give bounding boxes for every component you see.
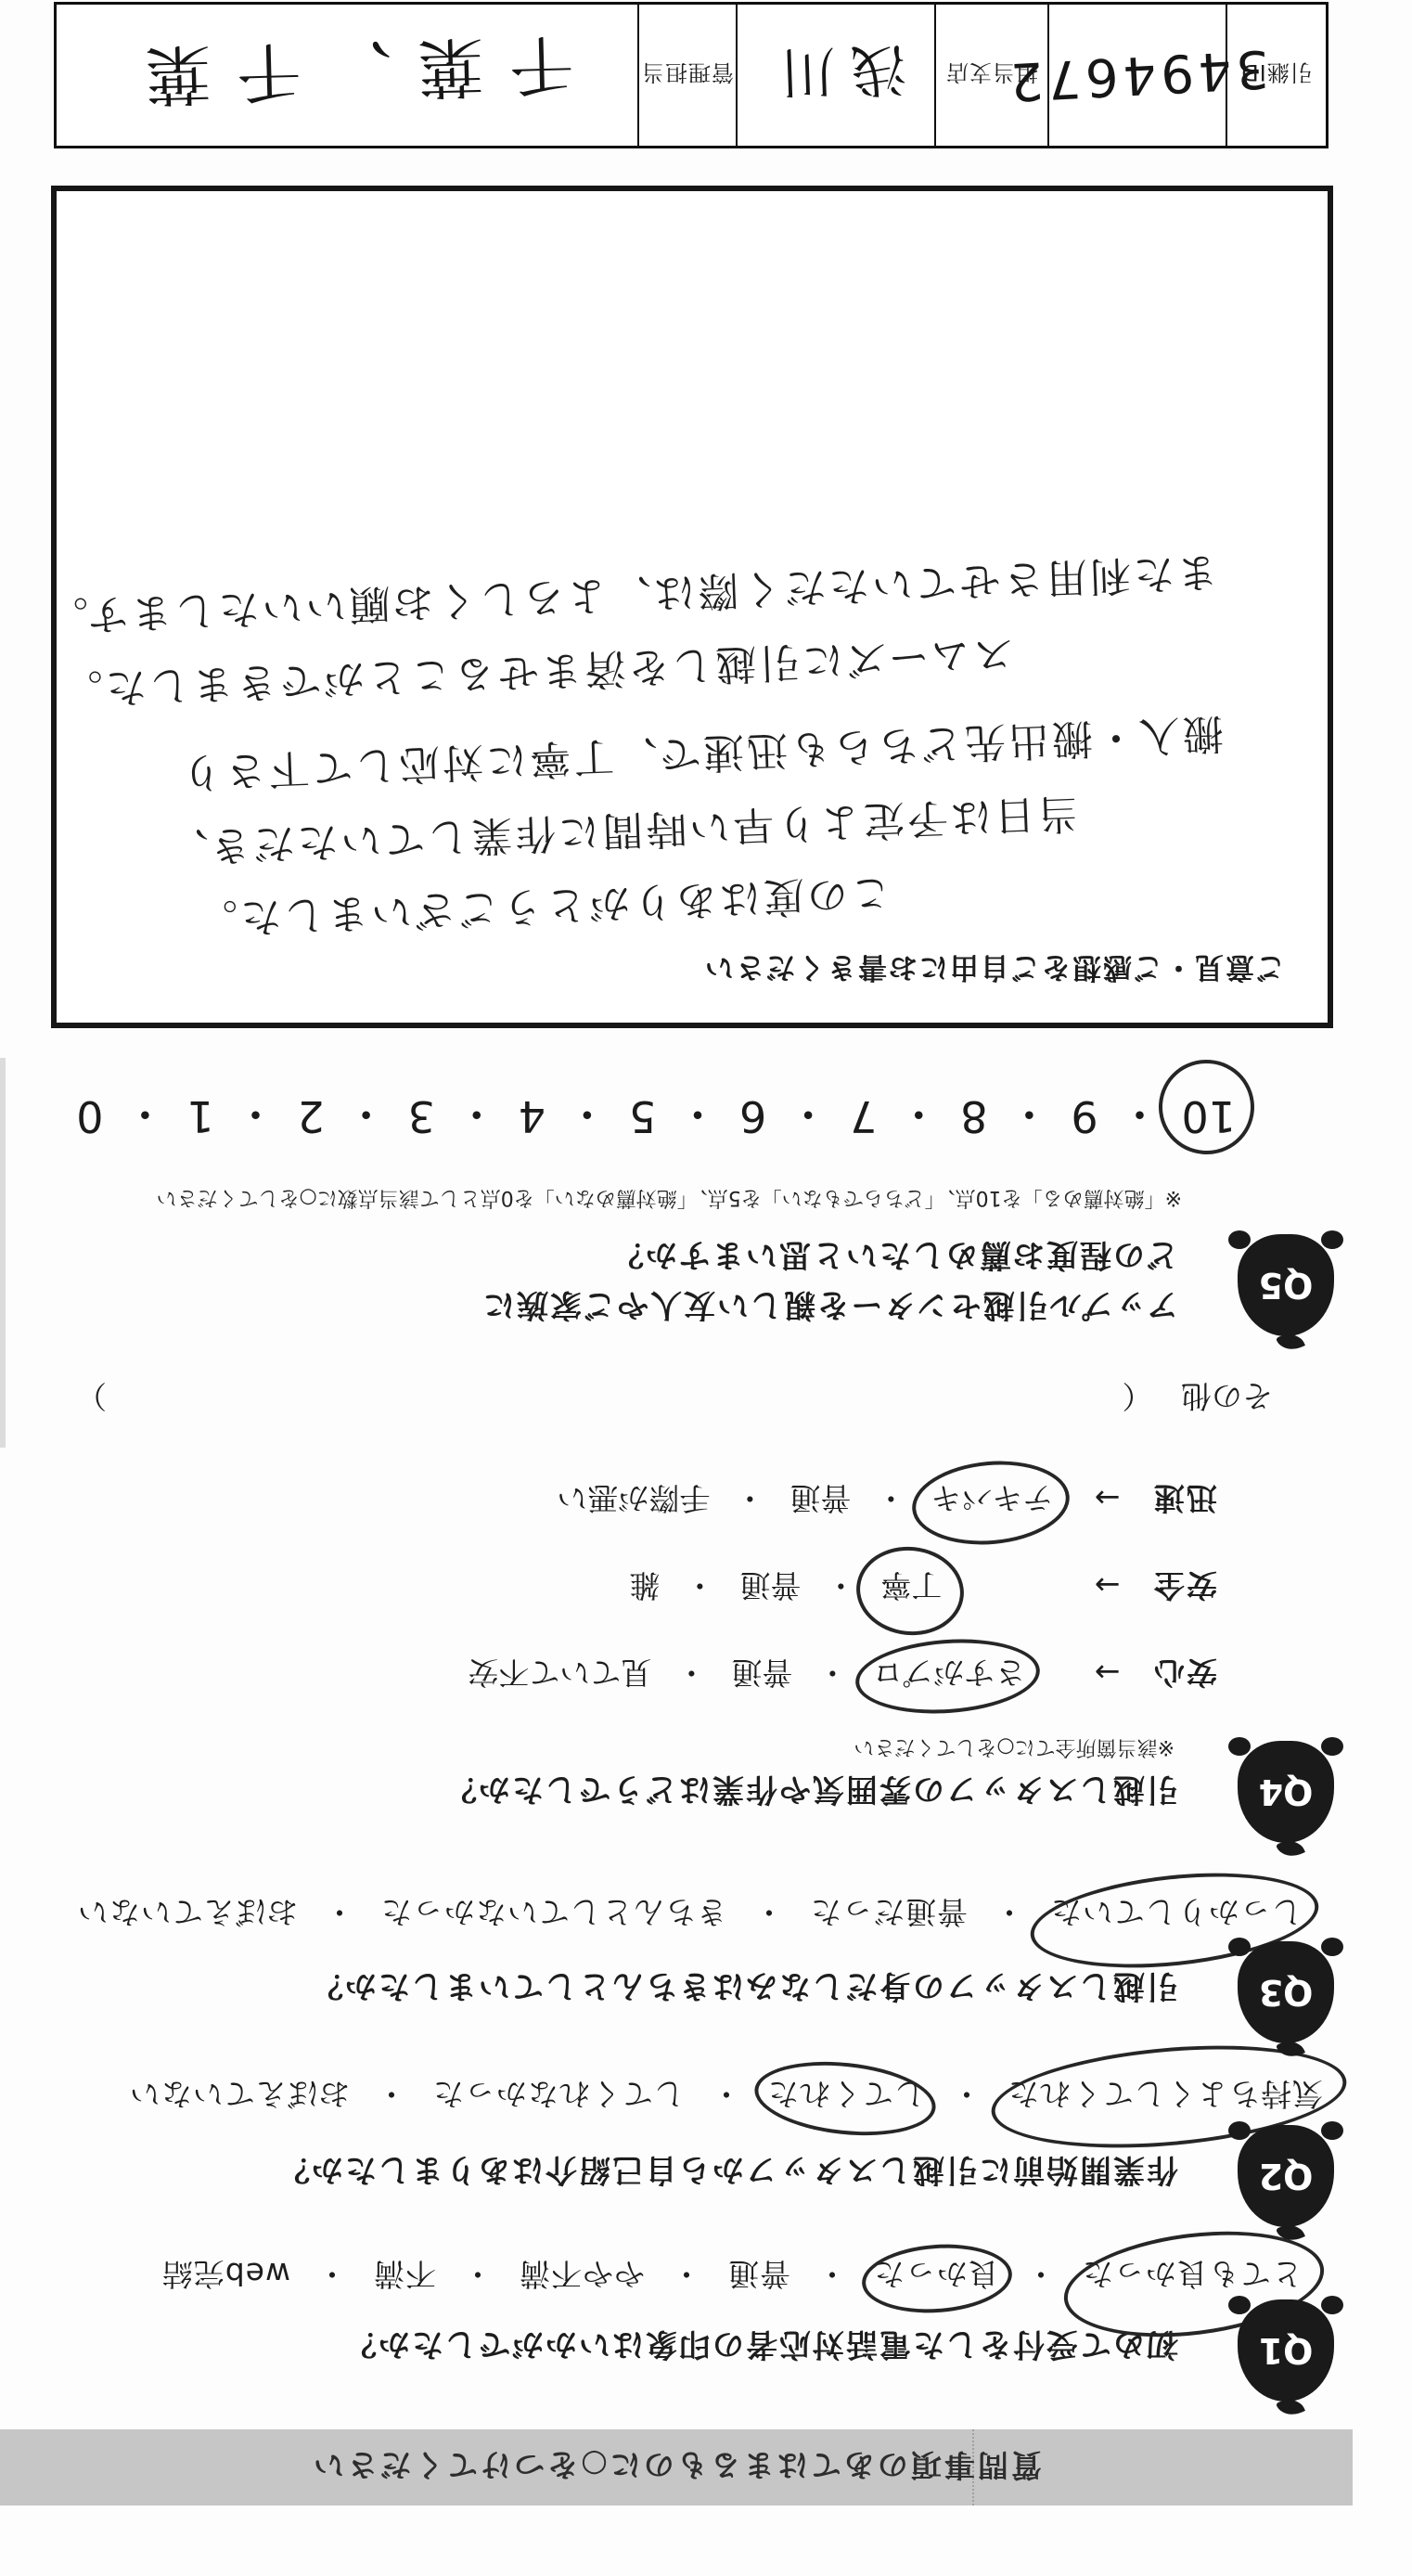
q5-note: ※「絶対薦める」を10点、「どちらでもない」を5点、「絶対薦めない」を0点として…: [157, 1185, 1182, 1214]
q4-other-label: その他: [1181, 1378, 1273, 1414]
q5-score: 9: [1071, 1091, 1098, 1141]
q4-row-option-circled: さすがプロ: [872, 1653, 1025, 1696]
option-separator: ・: [711, 2076, 742, 2112]
option-separator: ・: [753, 1894, 785, 1930]
option-separator: ・: [462, 2256, 494, 2292]
q3-badge-icon: Q3: [1238, 1941, 1334, 2043]
q5-score: 7: [850, 1091, 877, 1141]
option-separator: ・: [816, 2256, 848, 2292]
q4-row-option: 普通: [739, 1567, 801, 1604]
comment-box-title: ご意見・ご感想をご自由にお書きください: [703, 949, 1285, 991]
handwritten-comment-line: この度はありがとうございました。: [193, 867, 892, 953]
instruction-bar: 質問事項のあてはまるものに○をつけてください: [0, 2429, 1353, 2505]
q5-question-line1: アップル引越センターを親しい友人やご家族に: [481, 1285, 1178, 1331]
scan-edge-artifact: [0, 1058, 6, 1448]
q4-row-option: テキパキ: [931, 1480, 1053, 1516]
q4-row-option: 手際が悪い: [557, 1480, 710, 1516]
scanned-questionnaire-page: 質問事項のあてはまるものに○をつけてください Q1 初めて受付をした電話対応者の…: [0, 0, 1412, 2576]
q2-option: してくれなかった: [432, 2076, 685, 2112]
badge-foot-shape: [1321, 1938, 1343, 1956]
q4-row-label: 安全: [1152, 1567, 1217, 1604]
q4-badge-icon: Q4: [1238, 1741, 1334, 1843]
questionnaire-sheet-rotated-180: 質問事項のあてはまるものに○をつけてください Q1 初めて受付をした電話対応者の…: [0, 0, 1412, 2576]
scale-separator: ・: [676, 1086, 719, 1147]
q3-option: 普通だった: [810, 1894, 968, 1930]
q4-other-row: その他 （ ）: [76, 1376, 1273, 1420]
q5-badge-icon: Q5: [1238, 1234, 1334, 1336]
manager-label: 管理担当: [639, 5, 738, 146]
q2-badge-icon: Q2: [1238, 2125, 1334, 2227]
option-separator: ・: [316, 2256, 348, 2292]
scale-separator: ・: [566, 1086, 609, 1147]
badge-foot-shape: [1228, 2121, 1251, 2140]
scan-fold-artifact: [972, 2429, 974, 2505]
q1-question-text: 初めて受付をした電話対応者の印象はいかがでしたか？: [343, 2325, 1178, 2370]
q4-row-jinsoku: 迅速 → テキパキ ・ 普通 ・ 手際が悪い: [557, 1478, 1217, 1522]
q1-option: 良かった: [873, 2256, 999, 2292]
q1-options: とても良かった ・ 良かった ・ 普通 ・ やや不満 ・ 不満 ・ web完結: [161, 2254, 1303, 2298]
q4-row-option-circled: テキパキ: [931, 1478, 1053, 1522]
q5-score: 5: [629, 1091, 656, 1141]
option-separator: ・: [826, 1567, 856, 1604]
scale-separator: ・: [1008, 1086, 1050, 1147]
q4-row-label: 安心: [1152, 1655, 1217, 1691]
scale-separator: ・: [787, 1086, 829, 1147]
branch-value: 浅川: [738, 5, 936, 146]
option-separator: ・: [685, 1567, 715, 1604]
option-separator: ・: [376, 2076, 407, 2112]
comment-box: ご意見・ご感想をご自由にお書きください この度はありがとうございました。 当日は…: [51, 186, 1333, 1028]
q1-option: とても良かった: [1082, 2256, 1303, 2292]
q3-option-circled: しっかりしていた: [1050, 1892, 1303, 1936]
badge-foot-shape: [1228, 1737, 1251, 1756]
q4-row-option: 普通: [731, 1655, 792, 1691]
q5-score: 6: [739, 1091, 766, 1141]
option-separator: ・: [1025, 2256, 1057, 2292]
option-separator: ・: [671, 2256, 702, 2292]
q3-option: しっかりしていた: [1050, 1894, 1303, 1930]
q1-option: やや不満: [519, 2256, 645, 2292]
q2-option-circled: 気持ちよくしてくれた: [1008, 2074, 1323, 2118]
handover-info-table: 引継ID 3494672 担当支店 浅川 管理担当 千葉、千葉: [54, 2, 1329, 148]
scale-separator: ・: [897, 1086, 940, 1147]
q1-badge-icon: Q1: [1238, 2299, 1334, 2402]
badge-foot-shape: [1321, 2121, 1343, 2140]
arrow-glyph: →: [1095, 1655, 1121, 1691]
paren-open: （: [1123, 1378, 1153, 1414]
handwritten-comment-line: また利用させていただく際は、よろしくお願いいたします。: [44, 546, 1219, 650]
q5-badge-label: Q5: [1238, 1234, 1334, 1336]
badge-foot-shape: [1228, 1938, 1251, 1956]
q5-score-scale: 10 ・ 9 ・ 8 ・ 7 ・ 6 ・ 5 ・ 4 ・ 3 ・ 2 ・ 1 ・…: [76, 1086, 1236, 1147]
option-separator: ・: [817, 1655, 848, 1691]
q4-row-anshin: 安心 → さすがプロ ・ 普通 ・ 見ていて不安: [468, 1653, 1217, 1696]
q4-row-option: さすがプロ: [872, 1655, 1025, 1691]
scale-separator: ・: [345, 1086, 388, 1147]
manager-value: 千葉、千葉: [57, 5, 639, 146]
q4-row-option: 雑: [629, 1567, 660, 1604]
q1-option: web完結: [161, 2256, 290, 2292]
option-separator: ・: [951, 2076, 982, 2112]
q5-score: 4: [519, 1091, 546, 1141]
q1-option: 不満: [373, 2256, 436, 2292]
option-separator: ・: [735, 1480, 765, 1516]
arrow-glyph: →: [1095, 1480, 1121, 1516]
scale-separator: ・: [123, 1086, 166, 1147]
q2-option: してくれた: [767, 2076, 925, 2112]
handwritten-manager: 千葉、千葉: [119, 22, 575, 128]
q1-option-circled: 良かった: [873, 2254, 999, 2298]
option-separator: ・: [994, 1894, 1025, 1930]
q3-question-text: 引越しスタッフの身だしなみはきちんとしていましたか？: [310, 1966, 1178, 2012]
q3-option: きちんとしていなかった: [380, 1894, 727, 1930]
paren-close: ）: [76, 1376, 107, 1420]
option-separator: ・: [324, 1894, 355, 1930]
q4-note: ※該当箇所全てに○をしてください: [854, 1734, 1175, 1763]
badge-foot-shape: [1321, 1230, 1343, 1249]
q5-score: 2: [297, 1091, 324, 1141]
badge-foot-shape: [1321, 1737, 1343, 1756]
q3-options: しっかりしていた ・ 普通だった ・ きちんとしていなかった ・ おぼえていない: [77, 1892, 1303, 1936]
q5-score: 1: [186, 1091, 213, 1141]
q5-score-circled: 10: [1181, 1091, 1236, 1141]
q4-row-anzen: 安全 → 丁寧 ・ 普通 ・ 雑: [629, 1565, 1217, 1609]
badge-foot-shape: [1228, 1230, 1251, 1249]
q4-badge-label: Q4: [1238, 1741, 1334, 1843]
q2-question-text: 作業開始前に引越しスタッフから自己紹介はありましたか？: [276, 2150, 1178, 2196]
q2-options: 気持ちよくしてくれた ・ してくれた ・ してくれなかった ・ おぼえていない: [129, 2074, 1323, 2118]
q4-question-text: 引越しスタッフの雰囲気や作業はどうでしたか？: [443, 1770, 1178, 1815]
scale-separator: ・: [235, 1086, 277, 1147]
option-separator: ・: [876, 1480, 906, 1516]
q2-option: 気持ちよくしてくれた: [1008, 2076, 1323, 2112]
q5-score: 8: [960, 1091, 987, 1141]
q2-badge-label: Q2: [1238, 2125, 1334, 2227]
q4-row-option: 普通: [789, 1480, 851, 1516]
instruction-bar-title: 質問事項のあてはまるものに○をつけてください: [311, 2446, 1042, 2490]
scale-separator: ・: [456, 1086, 498, 1147]
badge-foot-shape: [1321, 2296, 1343, 2314]
q5-score: 10: [1181, 1091, 1236, 1141]
badge-foot-shape: [1228, 2296, 1251, 2314]
option-separator: ・: [676, 1655, 707, 1691]
q2-option: おぼえていない: [129, 2076, 350, 2112]
arrow-glyph: →: [1095, 1567, 1121, 1604]
q1-badge-label: Q1: [1238, 2299, 1334, 2402]
scale-separator: ・: [1119, 1086, 1162, 1147]
q4-row-option-circled: 丁寧: [880, 1565, 942, 1609]
q2-option-circled: してくれた: [767, 2074, 925, 2118]
handwritten-branch: 浅川: [764, 32, 908, 117]
q1-option-circled: とても良かった: [1082, 2254, 1303, 2298]
q4-row-label: 迅速: [1152, 1480, 1217, 1516]
q3-badge-label: Q3: [1238, 1941, 1334, 2043]
handover-id-value: 3494672: [1049, 5, 1227, 146]
q1-option: 普通: [727, 2256, 790, 2292]
q4-row-option: 見ていて不安: [468, 1655, 651, 1691]
q4-row-option: 丁寧: [880, 1567, 942, 1604]
q5-score: 0: [76, 1091, 103, 1141]
q5-score: 3: [408, 1091, 435, 1141]
q3-option: おぼえていない: [77, 1894, 298, 1930]
q5-question-line2: どの程度お薦めしたいと思いますか？: [610, 1235, 1178, 1281]
